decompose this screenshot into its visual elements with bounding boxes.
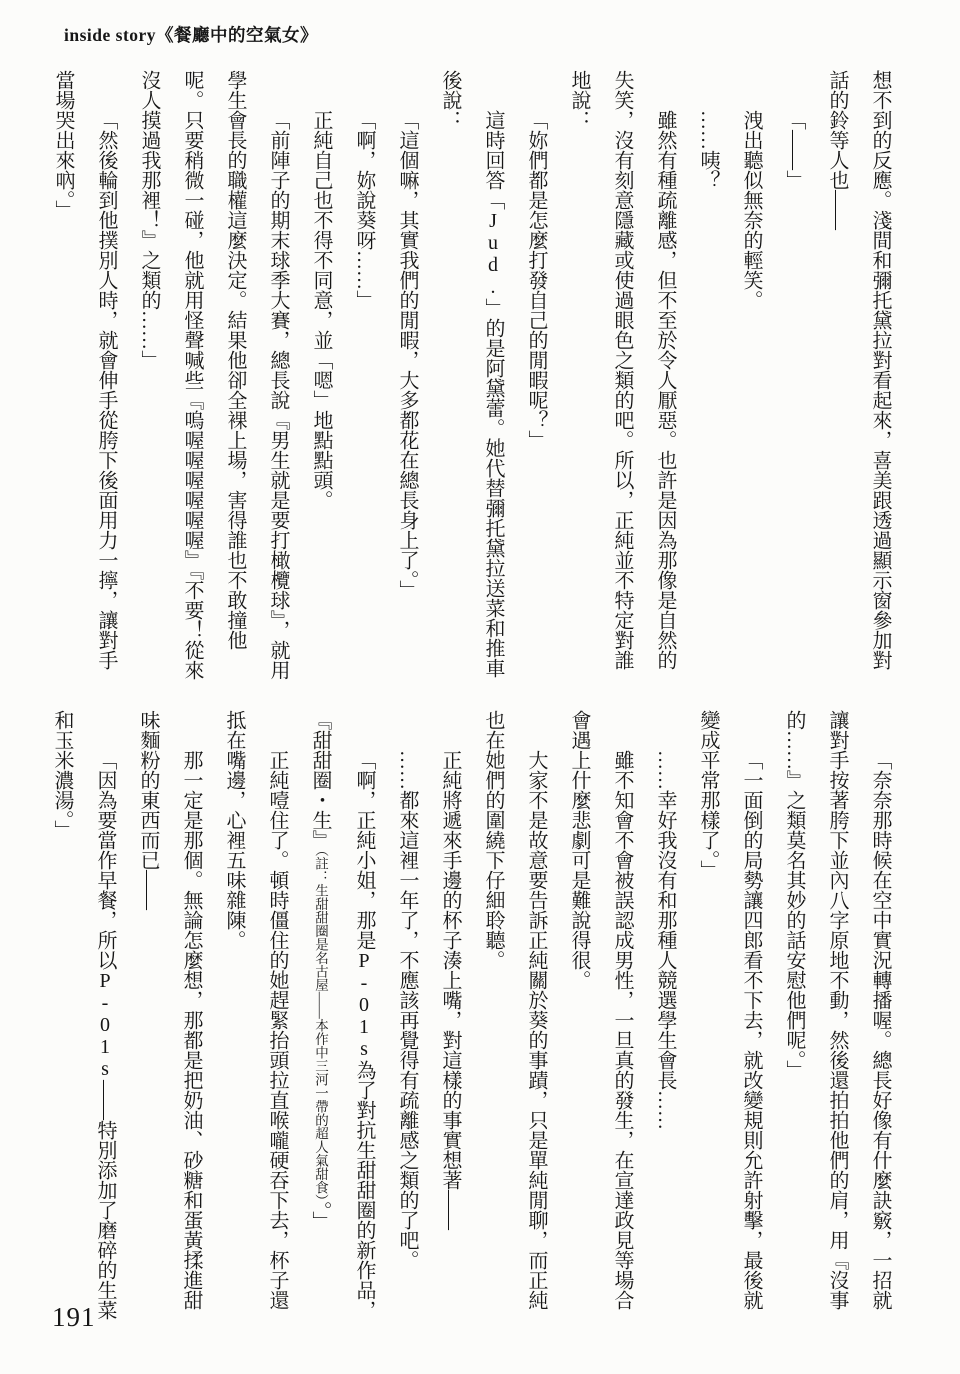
paragraph: 大家不是故意要告訴正純關於葵的事蹟，只是單純閒聊，而正純也在她們的圍繞下仔細聆聽…: [471, 710, 557, 1326]
text-segment: 正純噎住了。頓時僵住的她趕緊抬頭拉直喉嚨硬吞下去，杯子還抵在嘴邊，心裡五味雜陳。: [223, 710, 288, 1310]
paragraph: 這時回答「Jud.」的是阿黛蕾。她代替彌托黛拉送菜和推車後說：: [428, 70, 514, 682]
latin-text: P-01s: [94, 970, 116, 1080]
bottom-text-block: 「奈奈那時候在空中實況轉播喔。總長好像有什麼訣竅，一招就讓對手按著胯下並內八字原…: [40, 710, 901, 1326]
page-header-title: inside story《餐廳中的空氣女》: [64, 22, 318, 47]
paragraph: 正純將遞來手邊的杯子湊上嘴，對這樣的事實想著——: [428, 710, 471, 1326]
paragraph: 「這個嘛，其實我們的閒暇，大多都花在總長身上了。」: [385, 70, 428, 682]
text-segment: 「啊，正純小姐，那是: [353, 750, 375, 950]
text-segment: ……都來這裡一年了，不應該再覺得有疏離感之類的了吧。: [396, 750, 418, 1270]
paragraph: 「一面倒的局勢讓四郎看不下去，就改變規則允許射擊，最後就變成平常那樣了。」: [686, 710, 772, 1326]
latin-text: Jud.: [482, 210, 504, 298]
paragraph: 「啊，正純小姐，那是P-01s為了對抗生甜甜圈的新作品，『甜甜圈・生』（註：生甜…: [298, 710, 385, 1326]
text-segment: ……咦？: [697, 110, 719, 190]
top-text-block: 想不到的反應。淺間和彌托黛拉對看起來，喜美跟透過顯示窗參加對話的鈴等人也——「—…: [41, 70, 901, 682]
text-segment: 。」: [309, 1201, 331, 1231]
text-segment: 「啊，妳說葵呀……」: [353, 110, 375, 310]
annotation-note: （註：生甜甜圈是名古屋——本作中三河一帶的超人氣甜食）: [313, 850, 328, 1201]
text-segment: 那一定是那個。無論怎麼想，那都是把奶油、砂糖和蛋黃揉進甜味麵粉的東西而已——: [137, 710, 202, 1310]
text-segment: 大家不是故意要告訴正純關於葵的事蹟，只是單純閒聊，而正純也在她們的圍繞下仔細聆聽…: [482, 710, 547, 1310]
paragraph: 「——」: [772, 70, 815, 682]
paragraph: 「妳們都是怎麼打發自己的閒暇呢？」: [514, 70, 557, 682]
text-segment: 這時回答「: [482, 110, 504, 210]
text-segment: 「奈奈那時候在空中實況轉播喔。總長好像有什麼訣竅，一招就讓對手按著胯下並內八字原…: [783, 710, 891, 1310]
text-segment: 正純自己也不得不同意，並「嗯」地點點頭。: [310, 110, 332, 510]
paragraph: ……咦？: [686, 70, 729, 682]
paragraph: 「奈奈那時候在空中實況轉播喔。總長好像有什麼訣竅，一招就讓對手按著胯下並內八字原…: [772, 710, 901, 1326]
paragraph: 雖不知會不會被誤認成男性，一旦真的發生，在宣達政見等場合會遇上什麼悲劇可是難說得…: [557, 710, 643, 1326]
page-number: 191: [52, 1302, 96, 1333]
paragraph: 想不到的反應。淺間和彌托黛拉對看起來，喜美跟透過顯示窗參加對話的鈴等人也——: [815, 70, 901, 682]
paragraph: ……都來這裡一年了，不應該再覺得有疏離感之類的了吧。: [385, 710, 428, 1326]
paragraph: 「前陣子的期末球季大賽，總長說『男生就是要打橄欖球』，就用學生會長的職權這麼決定…: [127, 70, 299, 682]
text-segment: ……幸好我沒有和那種人競選學生會長……: [654, 750, 676, 1130]
text-segment: 想不到的反應。淺間和彌托黛拉對看起來，喜美跟透過顯示窗參加對話的鈴等人也——: [826, 70, 891, 670]
paragraph: 「然後輪到他撲別人時，就會伸手從胯下後面用力一擰，讓對手當場哭出來吶。」: [41, 70, 127, 682]
book-page: { "header": { "title": "inside story《餐廳中…: [0, 0, 960, 1374]
text-segment: 雖然有種疏離感，但不至於令人厭惡。也許是因為那像是自然的失笑，沒有刻意隱藏或使過…: [568, 70, 676, 670]
paragraph: 「因為要當作早餐，所以P-01s——特別添加了磨碎的生菜和玉米濃湯。」: [40, 710, 126, 1326]
text-segment: 雖不知會不會被誤認成男性，一旦真的發生，在宣達政見等場合會遇上什麼悲劇可是難說得…: [568, 710, 633, 1310]
text-segment: 「然後輪到他撲別人時，就會伸手從胯下後面用力一擰，讓對手當場哭出來吶。」: [52, 70, 117, 670]
latin-text: P-01s: [353, 950, 375, 1060]
paragraph: 正純噎住了。頓時僵住的她趕緊抬頭拉直喉嚨硬吞下去，杯子還抵在嘴邊，心裡五味雜陳。: [212, 710, 298, 1326]
text-segment: 「妳們都是怎麼打發自己的閒暇呢？」: [525, 110, 547, 450]
text-segment: 「這個嘛，其實我們的閒暇，大多都花在總長身上了。」: [396, 110, 418, 600]
text-segment: 洩出聽似無奈的輕笑。: [740, 110, 762, 310]
text-segment: 「一面倒的局勢讓四郎看不下去，就改變規則允許射擊，最後就變成平常那樣了。」: [697, 710, 762, 1310]
paragraph: 「啊，妳說葵呀……」: [342, 70, 385, 682]
paragraph: 洩出聽似無奈的輕笑。: [729, 70, 772, 682]
text-segment: 「——」: [783, 110, 805, 190]
paragraph: 雖然有種疏離感，但不至於令人厭惡。也許是因為那像是自然的失笑，沒有刻意隱藏或使過…: [557, 70, 686, 682]
paragraph: ……幸好我沒有和那種人競選學生會長……: [643, 710, 686, 1326]
paragraph: 那一定是那個。無論怎麼想，那都是把奶油、砂糖和蛋黃揉進甜味麵粉的東西而已——: [126, 710, 212, 1326]
paragraph: 正純自己也不得不同意，並「嗯」地點點頭。: [299, 70, 342, 682]
text-segment: 正純將遞來手邊的杯子湊上嘴，對這樣的事實想著——: [439, 750, 461, 1230]
text-segment: 「因為要當作早餐，所以: [94, 750, 116, 970]
text-segment: 「前陣子的期末球季大賽，總長說『男生就是要打橄欖球』，就用學生會長的職權這麼決定…: [138, 70, 289, 680]
